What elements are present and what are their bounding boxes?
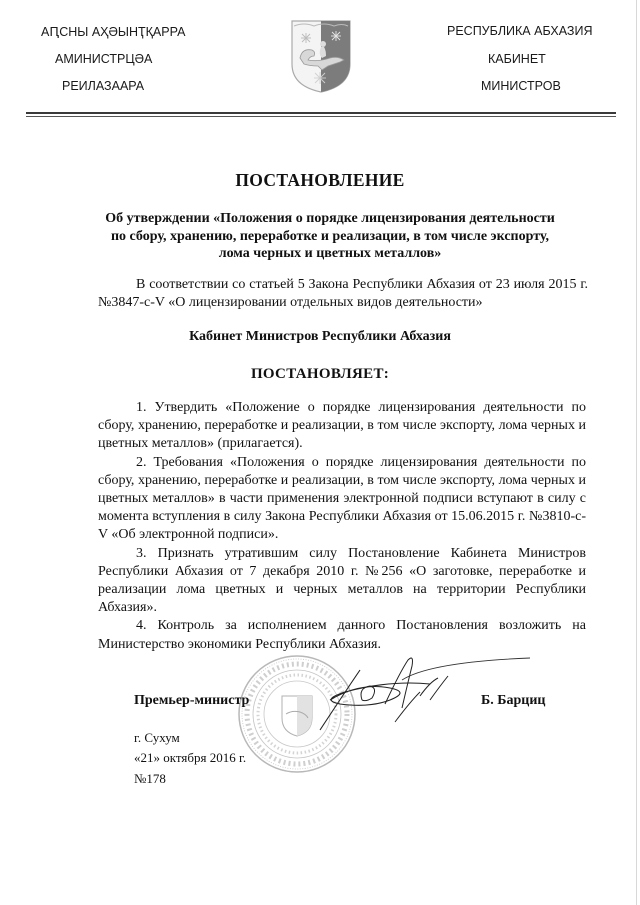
resolution-items: 1. Утвердить «Положение о порядке лиценз… [98,399,586,654]
resolution-item-3: 3. Признать утратившим силу Постановлени… [98,545,586,618]
document-city: г. Сухум [134,730,180,746]
document-subject: Об утверждении «Положения о порядке лице… [100,210,560,263]
resolves-heading: ПОСТАНОВЛЯЕТ: [0,366,640,383]
header-abkhaz-line-2: АМИНИСТРЦӘА [55,52,152,66]
header-russian-line-2: КАБИНЕТ [488,52,546,66]
header-divider-thick [26,112,616,114]
resolution-item-2: 2. Требования «Положения о порядке лицен… [98,454,586,545]
document-date: «21» октября 2016 г. [134,750,246,766]
document-type-title: ПОСТАНОВЛЕНИЕ [0,170,640,191]
resolution-item-4: 4. Контроль за исполнением данного Поста… [98,617,586,653]
signatory-role: Премьер-министр [134,693,249,709]
header-divider-thin [26,116,616,117]
document-number: №178 [134,771,166,787]
signatory-name: Б. Барциц [481,693,546,709]
header-russian-line-3: МИНИСТРОВ [481,79,561,93]
header-abkhaz-line-1: АԤСНЫ АҲӘЫНҬҚАРРА [41,24,185,39]
issuer-heading: Кабинет Министров Республики Абхазия [0,329,640,345]
page-edge [636,0,637,905]
signature-icon [290,652,530,732]
document-preamble: В соответствии со статьей 5 Закона Респу… [98,276,588,312]
header-abkhaz-line-3: РЕИЛАЗААРА [62,79,144,93]
resolution-item-1: 1. Утвердить «Положение о порядке лиценз… [98,399,586,454]
header-russian-line-1: РЕСПУБЛИКА АБХАЗИЯ [447,24,592,38]
coat-of-arms-icon [290,18,352,94]
